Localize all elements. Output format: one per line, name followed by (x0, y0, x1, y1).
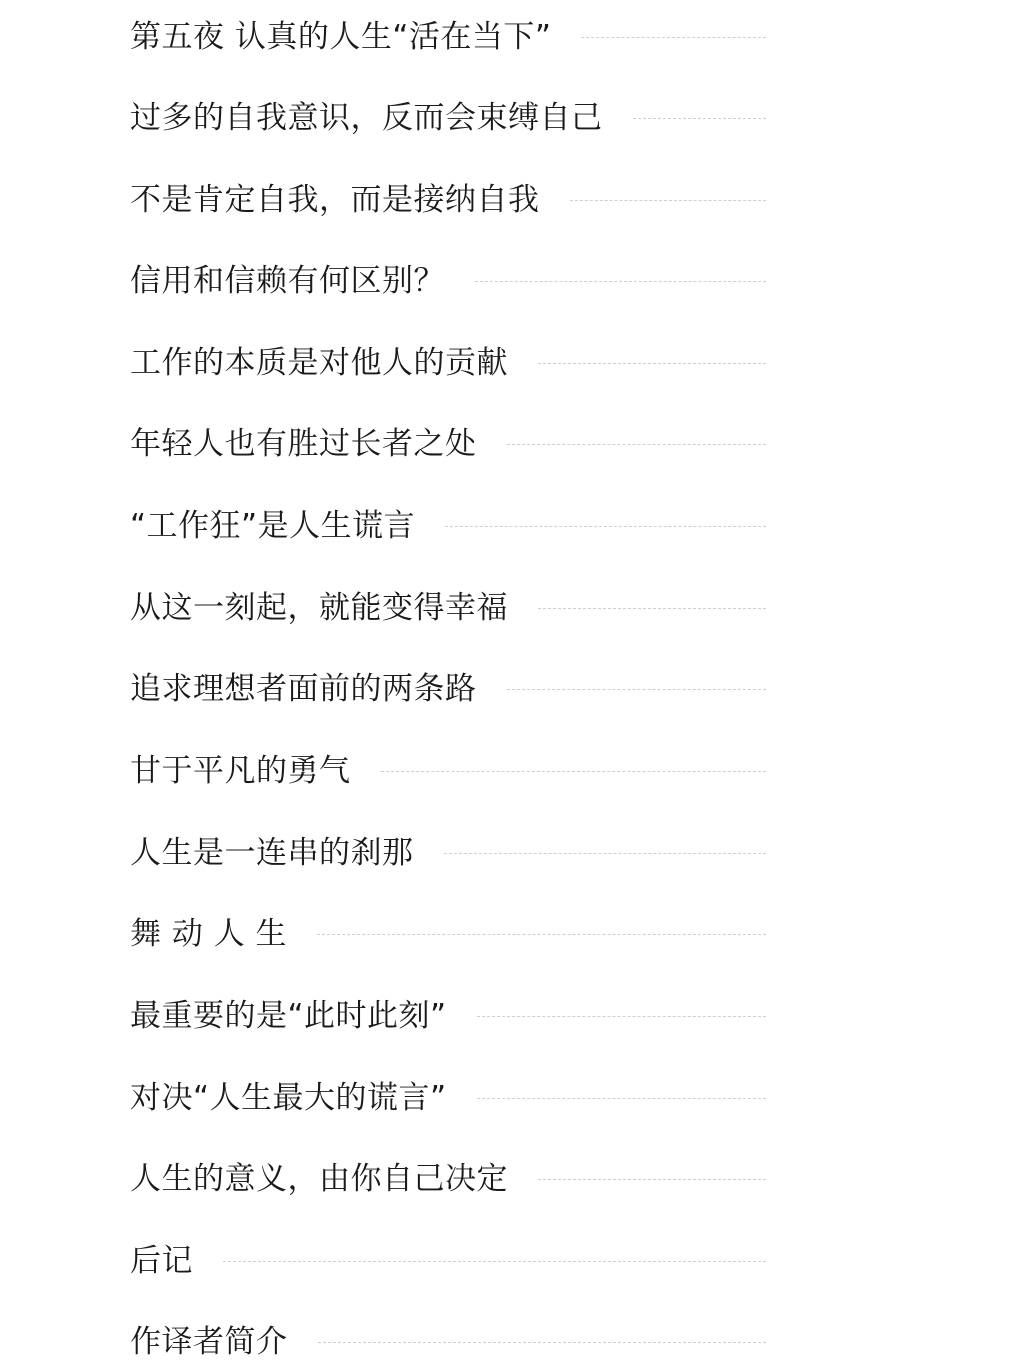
dotted-leader (444, 853, 767, 854)
toc-entry-title: 第五夜 认真的人生“活在当下” (130, 17, 551, 57)
dotted-leader (538, 608, 766, 609)
toc-entry[interactable]: 过多的自我意识，反而会束缚自己 (130, 98, 766, 138)
dotted-leader (581, 37, 766, 38)
dotted-leader (538, 1179, 766, 1180)
dotted-leader (633, 118, 767, 119)
toc-entry-title: 年轻人也有胜过长者之处 (130, 424, 477, 464)
toc-entry-title: 作译者简介 (130, 1322, 288, 1362)
toc-entry-title: 对决“人生最大的谎言” (130, 1078, 447, 1118)
toc-entry[interactable]: 舞 动 人 生 (130, 914, 766, 954)
toc-entry[interactable]: 追求理想者面前的两条路 (130, 669, 766, 709)
toc-entry-title: 后记 (130, 1241, 193, 1281)
toc-entry-title: 过多的自我意识，反而会束缚自己 (130, 98, 603, 138)
toc-entry[interactable]: 人生的意义，由你自己决定 (130, 1159, 766, 1199)
toc-entry[interactable]: 工作的本质是对他人的贡献 (130, 343, 766, 383)
dotted-leader (507, 689, 767, 690)
toc-entry-title: 工作的本质是对他人的贡献 (130, 343, 508, 383)
dotted-leader (507, 444, 767, 445)
dotted-leader (317, 934, 766, 935)
toc-entry[interactable]: 甘于平凡的勇气 (130, 751, 766, 791)
toc-entry[interactable]: 年轻人也有胜过长者之处 (130, 424, 766, 464)
toc-entry[interactable]: 对决“人生最大的谎言” (130, 1078, 766, 1118)
toc-entry-title: 不是肯定自我，而是接纳自我 (130, 180, 540, 220)
toc-entry-title: 从这一刻起，就能变得幸福 (130, 588, 508, 628)
toc-entry-title: “工作狂”是人生谎言 (130, 506, 415, 546)
toc-entry[interactable]: 后记 (130, 1241, 766, 1281)
dotted-leader (475, 281, 766, 282)
dotted-leader (318, 1342, 767, 1343)
toc-entry[interactable]: 从这一刻起，就能变得幸福 (130, 588, 766, 628)
dotted-leader (477, 1016, 766, 1017)
toc-entry-title: 人生是一连串的刹那 (130, 833, 414, 873)
toc-entry-title: 人生的意义，由你自己决定 (130, 1159, 508, 1199)
toc-entry[interactable]: 不是肯定自我，而是接纳自我 (130, 180, 766, 220)
dotted-leader (223, 1261, 766, 1262)
toc-entry[interactable]: 最重要的是“此时此刻” (130, 996, 766, 1036)
toc-entry[interactable]: 人生是一连串的刹那 (130, 833, 766, 873)
toc-entry[interactable]: “工作狂”是人生谎言 (130, 506, 766, 546)
toc-entry[interactable]: 第五夜 认真的人生“活在当下” (130, 17, 766, 57)
dotted-leader (477, 1098, 766, 1099)
dotted-leader (445, 526, 766, 527)
toc-entry[interactable]: 信用和信赖有何区别？ (130, 261, 766, 301)
toc-entry-title: 舞 动 人 生 (130, 914, 287, 954)
dotted-leader (570, 200, 767, 201)
toc-entry-title: 最重要的是“此时此刻” (130, 996, 447, 1036)
toc-entry-title: 追求理想者面前的两条路 (130, 669, 477, 709)
dotted-leader (381, 771, 767, 772)
dotted-leader (538, 363, 766, 364)
toc-entry-title: 信用和信赖有何区别？ (130, 261, 445, 301)
toc-entry-title: 甘于平凡的勇气 (130, 751, 351, 791)
toc-entry[interactable]: 作译者简介 (130, 1322, 766, 1362)
